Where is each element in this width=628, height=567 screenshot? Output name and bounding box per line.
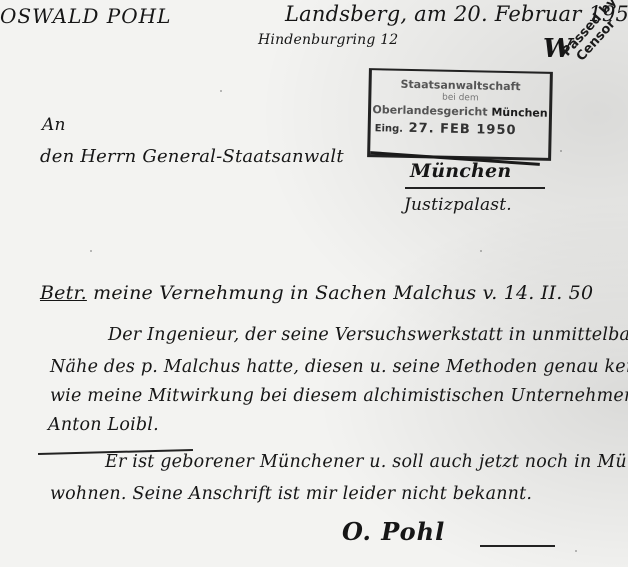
body-line-4: Anton Loibl. [48,415,159,435]
body-line-2: Nähe des p. Malchus hatte, diesen u. sei… [50,357,628,377]
recipient: den Herrn General-Staatsanwalt [40,146,344,167]
city-underline [405,187,545,189]
place-and-date: Landsberg, am 20. Februar 1950. [285,2,628,26]
recipient-city: München [410,160,511,182]
subject-line: Betr. meine Vernehmung in Sachen Malchus… [40,282,593,304]
signature: O. Pohl [342,517,445,546]
paper-speck [220,90,222,92]
subject-ref: Betr. [40,282,87,304]
receipt-stamp: Staatsanwaltschaft bei dem Oberlandesger… [367,68,553,161]
recipient-building: Justizpalast. [404,195,512,215]
body-line-5: Er ist geborener Münchener u. soll auch … [105,452,628,472]
paper-speck [560,150,562,152]
body-line-3: wie meine Mitwirkung bei diesem alchimis… [50,386,628,406]
stamp-received: Eing. 27. FEB 1950 [371,120,549,139]
paper-speck [480,250,482,252]
stamp-received-date: 27. FEB 1950 [408,121,516,138]
sender-letterhead: OSWALD POHL [0,4,171,28]
subject-text: meine Vernehmung in Sachen Malchus v. 14… [93,282,593,304]
stamp-received-label: Eing. [375,123,404,135]
stamp-court-name: Oberlandesgericht [372,103,487,118]
body-line-6: wohnen. Seine Anschrift ist mir leider n… [50,484,532,504]
salutation: An [42,115,66,135]
paper-speck [90,250,92,252]
stamp-court: Oberlandesgericht München [371,103,549,120]
sender-street: Hindenburgring 12 [258,32,398,48]
paper-speck [575,550,577,552]
body-line-1: Der Ingenieur, der seine Versuchswerksta… [108,325,628,345]
stamp-court-city: München [491,106,548,120]
signature-flourish [480,545,555,547]
